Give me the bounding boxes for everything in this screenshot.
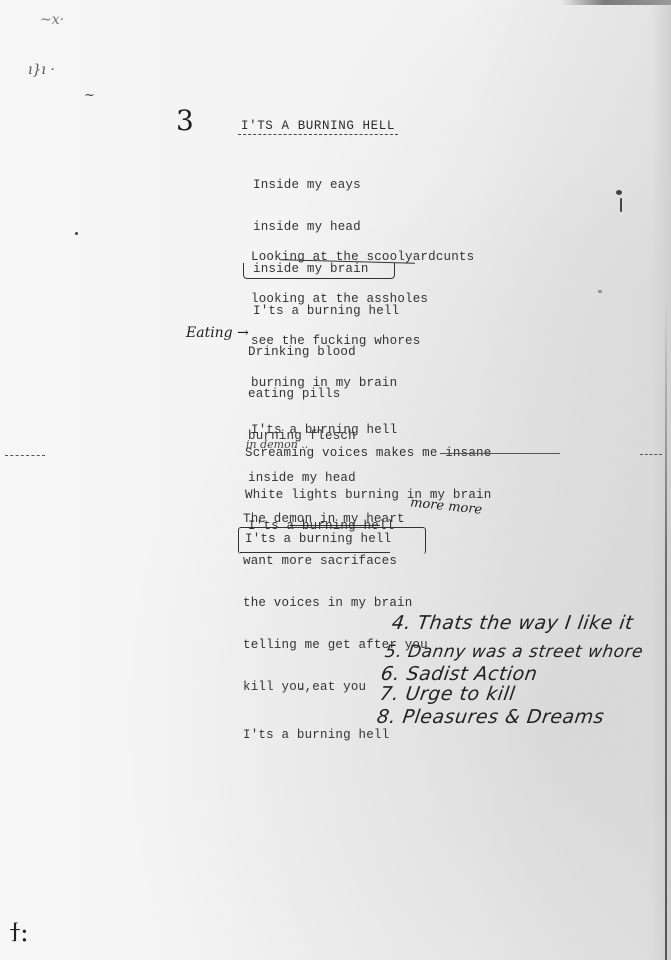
track-item: 6. Sadist Action bbox=[379, 663, 539, 685]
handwritten-bracket bbox=[243, 263, 395, 279]
track-item: 8. Pleasures & Dreams bbox=[375, 706, 605, 728]
track-item: 5. Danny was a street whore bbox=[384, 642, 645, 662]
lyric-line: want more sacrifaces bbox=[243, 554, 428, 568]
lyric-line: I'ts a burning hell bbox=[243, 728, 428, 742]
margin-note: Eating → bbox=[186, 325, 249, 341]
lyric-line: Drinking blood bbox=[248, 345, 394, 359]
handwritten-bracket bbox=[238, 527, 426, 554]
scanned-page: ~x· ı}ı · ~ 3 I'TS A BURNING HELL Inside… bbox=[0, 0, 671, 960]
corner-mark: ϯ: bbox=[10, 918, 29, 948]
lyric-line: Inside my eays bbox=[253, 178, 399, 192]
track-item: 7. Urge to kill bbox=[378, 683, 516, 705]
stray-mark: ı}ı · bbox=[28, 62, 55, 78]
lyric-line: looking at the assholes bbox=[251, 292, 474, 306]
stray-mark: ~x· bbox=[40, 12, 64, 28]
song-number: 3 bbox=[176, 104, 194, 137]
song-title: I'TS A BURNING HELL bbox=[241, 119, 395, 133]
handwritten-insert: in demon .. bbox=[246, 438, 308, 451]
fold-line-right-end bbox=[640, 454, 662, 455]
handwritten-underline bbox=[240, 552, 390, 553]
lyric-line: the voices in my brain bbox=[243, 596, 428, 610]
track-item: 4. Thats the way I like it bbox=[390, 612, 634, 634]
page-edge-line bbox=[665, 300, 667, 960]
speck bbox=[598, 290, 602, 293]
handwritten-underline bbox=[290, 525, 380, 526]
lyric-line: The demon in my heart bbox=[243, 512, 428, 526]
fold-line-left bbox=[5, 455, 45, 456]
title-underline bbox=[238, 134, 398, 135]
speck bbox=[75, 232, 78, 235]
speck bbox=[300, 688, 302, 690]
speck bbox=[616, 190, 622, 195]
fold-line-right bbox=[440, 453, 560, 454]
lyric-line: eating pills bbox=[248, 387, 394, 401]
page-edge-shadow bbox=[561, 0, 671, 5]
stray-mark: ~ bbox=[84, 88, 95, 103]
speck bbox=[620, 198, 622, 212]
